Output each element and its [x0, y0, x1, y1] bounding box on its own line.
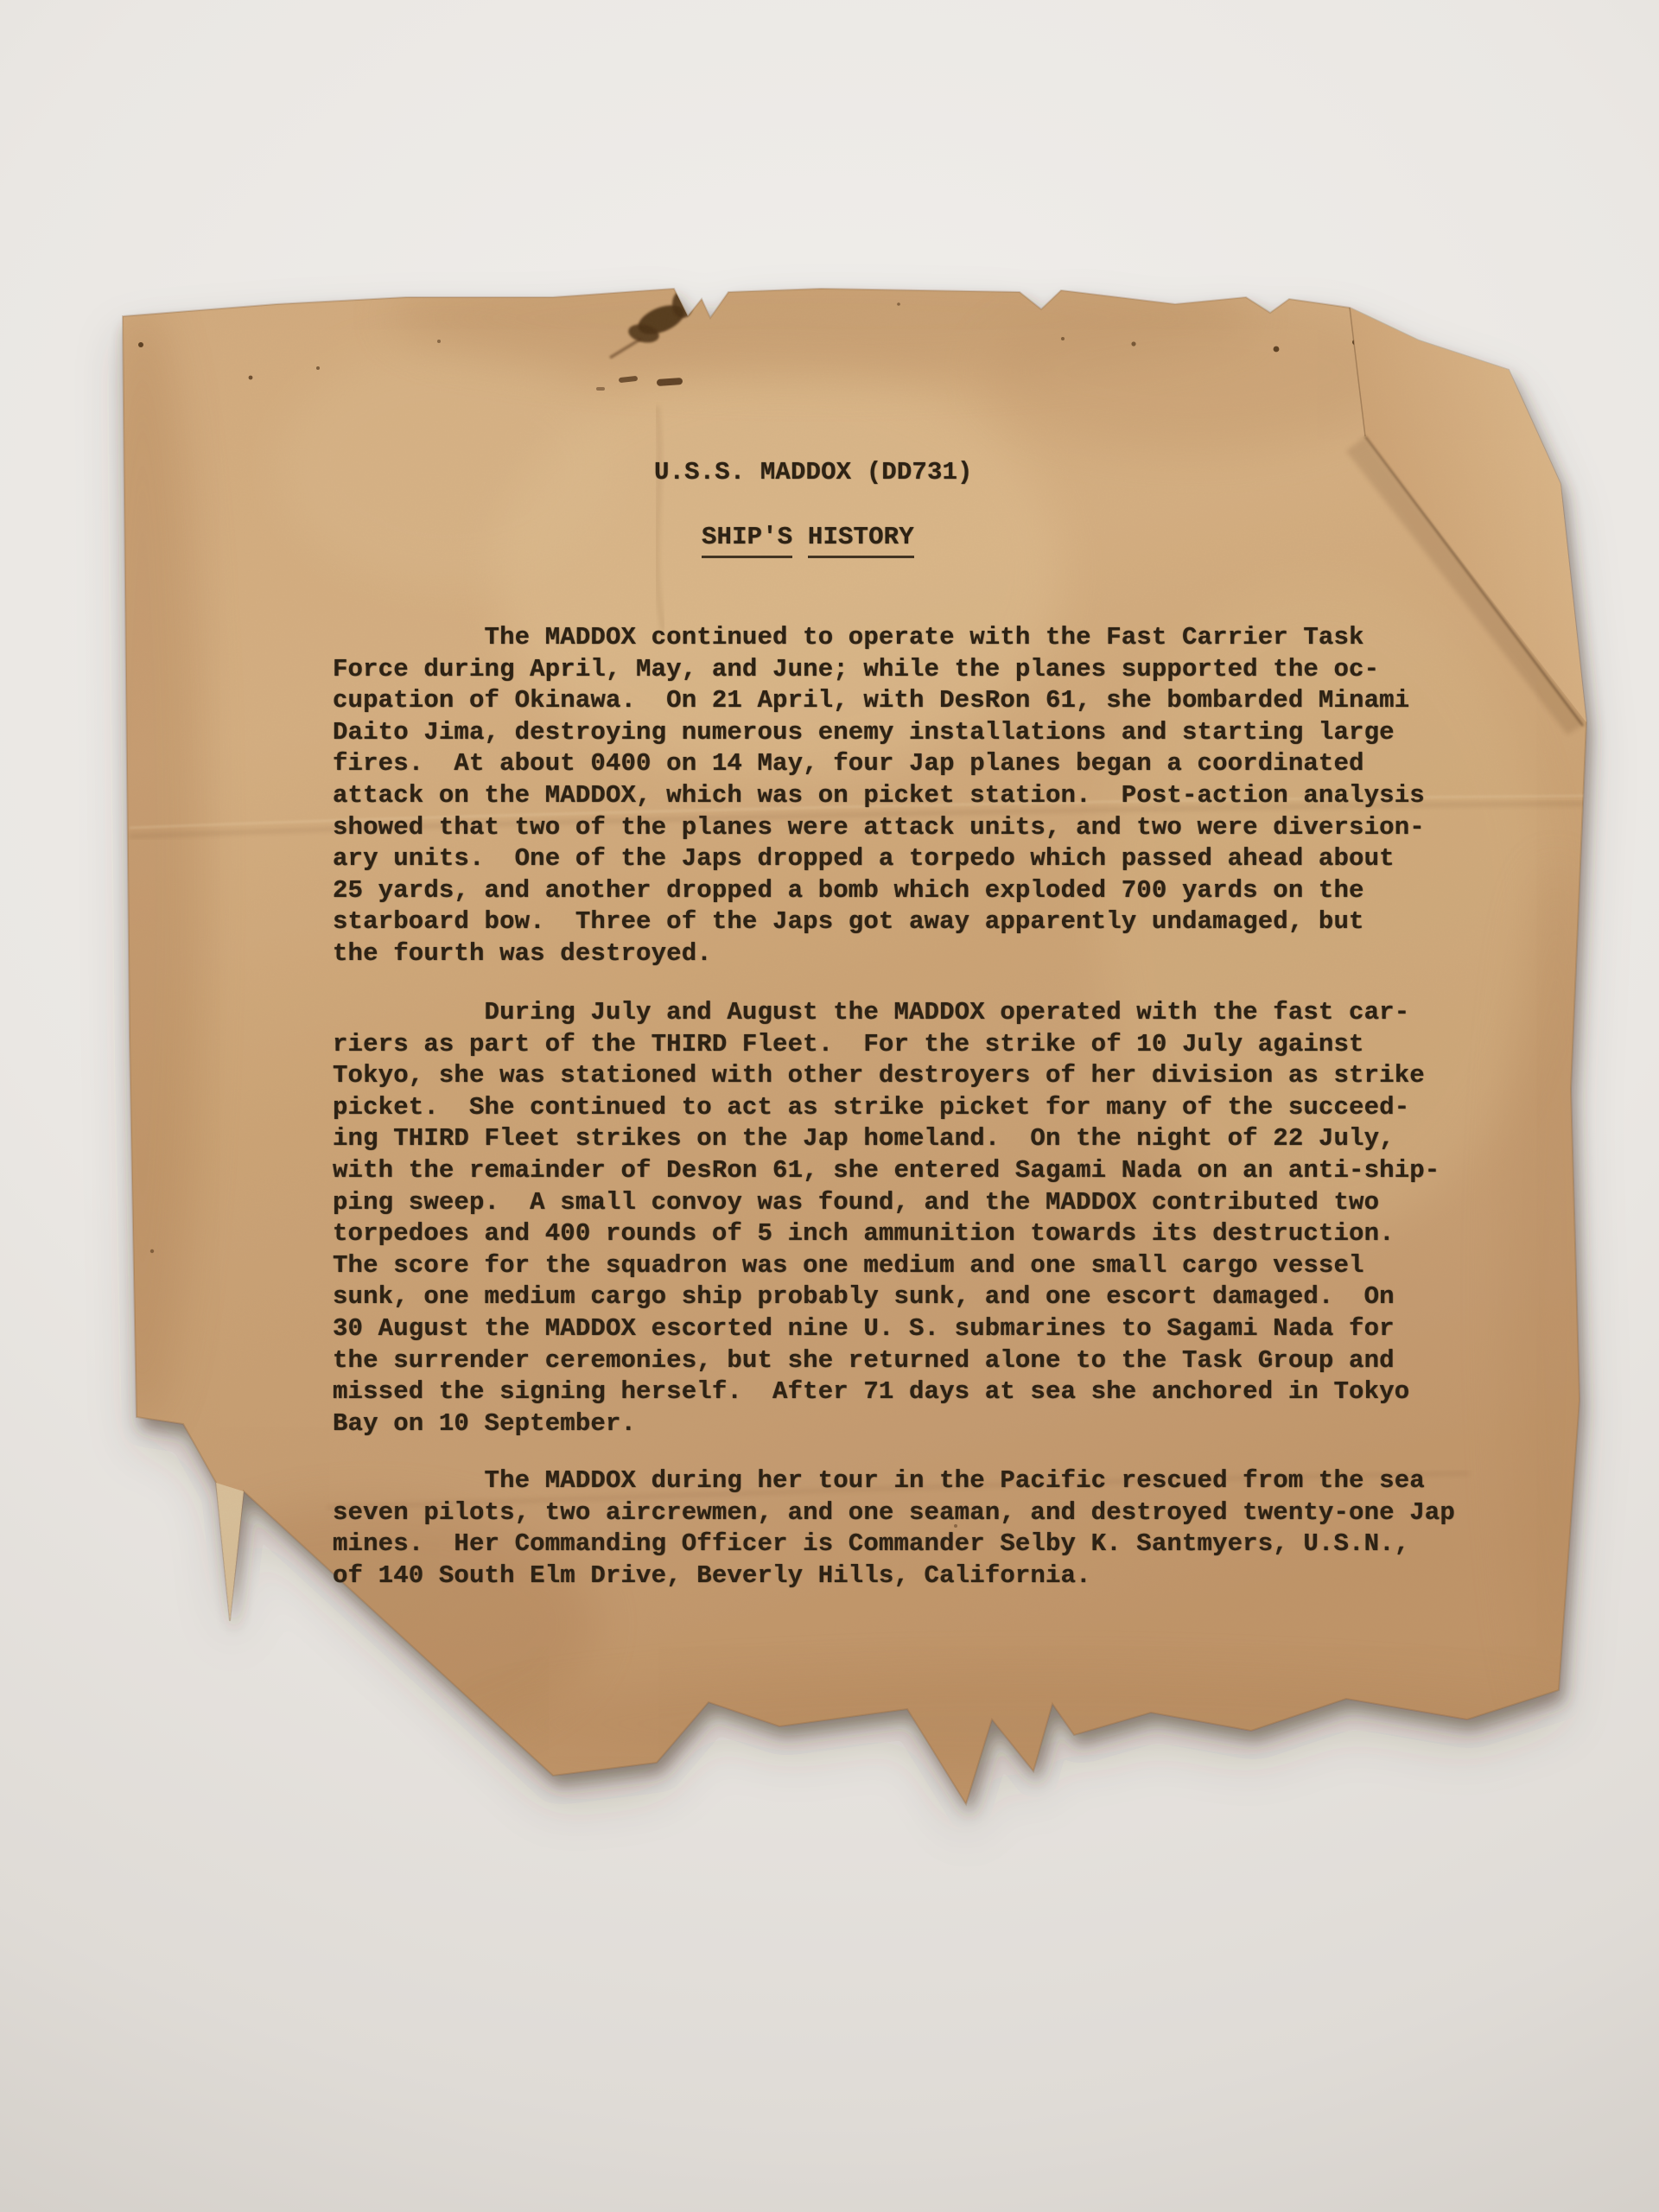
- paragraph-1: The MADDOX continued to operate with the…: [333, 622, 1425, 970]
- photo-background: U.S.S. MADDOX (DD731) SHIP'S HISTORY The…: [0, 0, 1659, 2212]
- paragraph-3: The MADDOX during her tour in the Pacifi…: [333, 1465, 1455, 1592]
- subtitle-word-1: SHIP'S: [702, 522, 792, 558]
- document-title: U.S.S. MADDOX (DD731): [654, 457, 973, 489]
- document-subtitle: SHIP'S HISTORY: [702, 522, 914, 558]
- subtitle-word-2: HISTORY: [808, 522, 914, 558]
- paragraph-2: During July and August the MADDOX operat…: [333, 997, 1440, 1440]
- document: U.S.S. MADDOX (DD731) SHIP'S HISTORY The…: [0, 0, 1659, 2212]
